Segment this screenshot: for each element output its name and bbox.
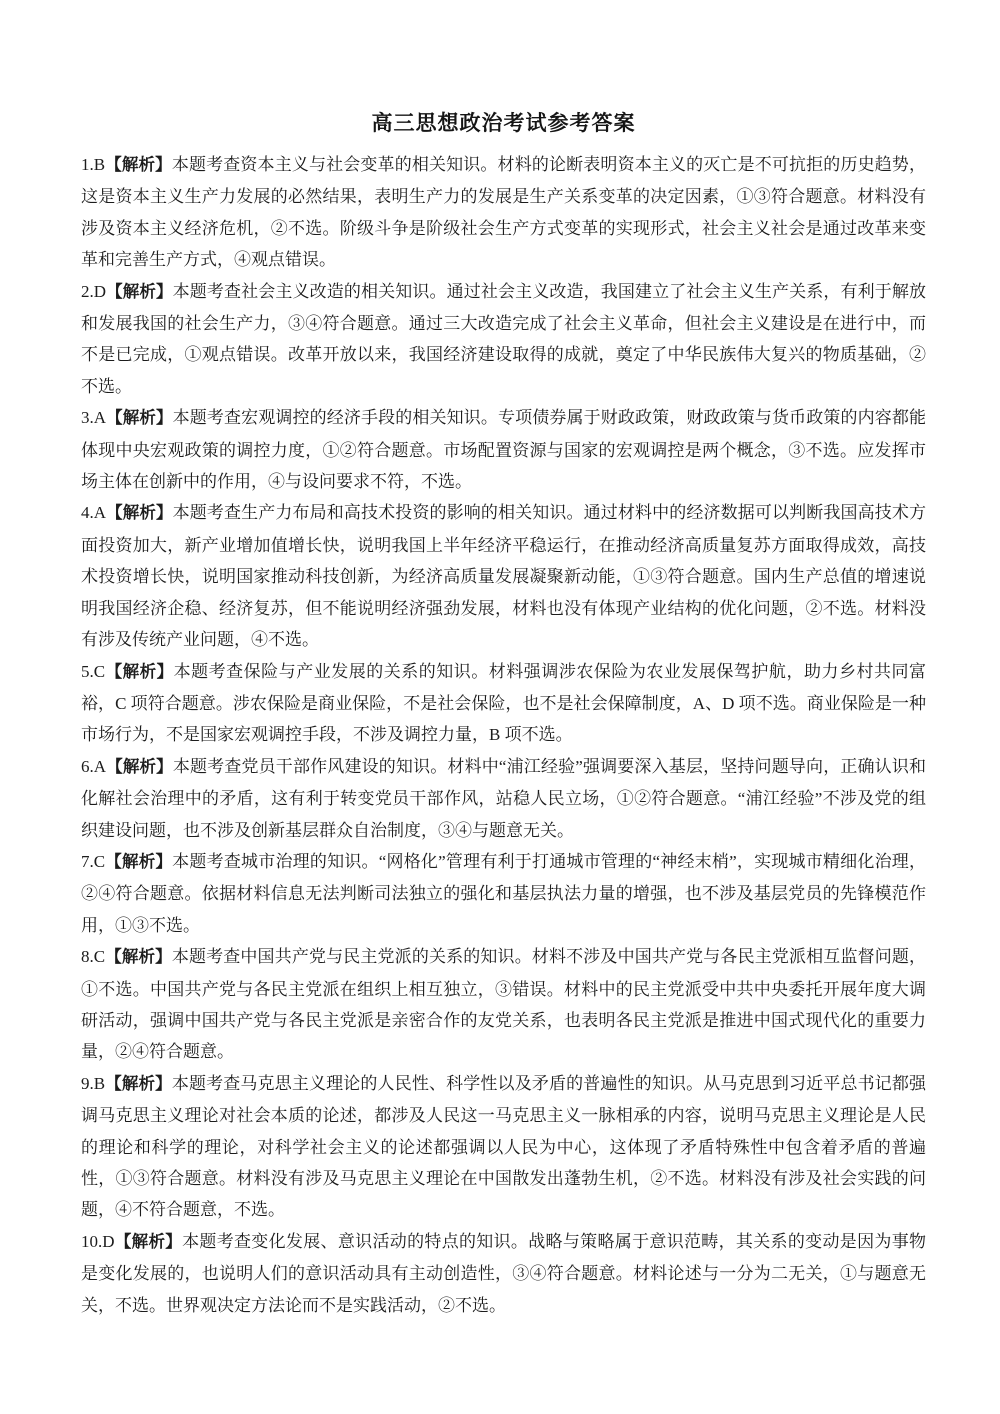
answer-paragraph-9: 9.B【解析】本题考查马克思主义理论的人民性、科学性以及矛盾的普遍性的知识。从马… xyxy=(81,1068,926,1226)
answer-number: 6.A xyxy=(81,757,106,776)
analysis-marker: 【解析】 xyxy=(115,1233,183,1251)
answer-paragraph-10: 10.D【解析】本题考查变化发展、意识活动的特点的知识。战略与策略属于意识范畴，… xyxy=(81,1226,926,1321)
answer-text: 本题考查变化发展、意识活动的特点的知识。战略与策略属于意识范畴，其关系的变动是因… xyxy=(81,1232,926,1315)
answer-number: 7.C xyxy=(81,852,105,871)
answer-paragraph-3: 3.A【解析】本题考查宏观调控的经济手段的相关知识。专项债券属于财政政策，财政政… xyxy=(81,402,926,497)
answer-number: 1.B xyxy=(81,155,105,174)
answer-paragraph-5: 5.C【解析】本题考查保险与产业发展的关系的知识。材料强调涉农保险为农业发展保驾… xyxy=(81,656,926,751)
answer-text: 本题考查保险与产业发展的关系的知识。材料强调涉农保险为农业发展保驾护航，助力乡村… xyxy=(81,662,926,745)
analysis-marker: 【解析】 xyxy=(105,1075,172,1093)
answer-list: 1.B【解析】本题考查资本主义与社会变革的相关知识。材料的论断表明资本主义的灭亡… xyxy=(81,149,926,1321)
answer-number: 2.D xyxy=(81,282,106,301)
answer-paragraph-6: 6.A【解析】本题考查党员干部作风建设的知识。材料中“浦江经验”强调要深入基层，… xyxy=(81,751,926,846)
document-body: 高三思想政治考试参考答案 1.B【解析】本题考查资本主义与社会变革的相关知识。材… xyxy=(81,110,926,1321)
analysis-marker: 【解析】 xyxy=(106,758,173,776)
answer-paragraph-8: 8.C【解析】本题考查中国共产党与民主党派的关系的知识。材料不涉及中国共产党与各… xyxy=(81,941,926,1068)
answer-number: 4.A xyxy=(81,503,106,522)
answer-text: 本题考查马克思主义理论的人民性、科学性以及矛盾的普遍性的知识。从马克思到习近平总… xyxy=(81,1074,926,1220)
analysis-marker: 【解析】 xyxy=(105,156,172,174)
analysis-marker: 【解析】 xyxy=(105,948,172,966)
analysis-marker: 【解析】 xyxy=(105,663,174,681)
answer-paragraph-7: 7.C【解析】本题考查城市治理的知识。“网格化”管理有利于打通城市管理的“神经末… xyxy=(81,846,926,941)
analysis-marker: 【解析】 xyxy=(106,504,173,522)
answer-number: 5.C xyxy=(81,662,105,681)
answer-text: 本题考查社会主义改造的相关知识。通过社会主义改造，我国建立了社会主义生产关系，有… xyxy=(81,282,926,396)
document-page: 高三思想政治考试参考答案 1.B【解析】本题考查资本主义与社会变革的相关知识。材… xyxy=(0,0,1000,1414)
analysis-marker: 【解析】 xyxy=(106,283,173,301)
answer-number: 8.C xyxy=(81,947,105,966)
answer-text: 本题考查资本主义与社会变革的相关知识。材料的论断表明资本主义的灭亡是不可抗拒的历… xyxy=(81,155,926,269)
answer-paragraph-2: 2.D【解析】本题考查社会主义改造的相关知识。通过社会主义改造，我国建立了社会主… xyxy=(81,276,926,403)
analysis-marker: 【解析】 xyxy=(105,853,172,871)
analysis-marker: 【解析】 xyxy=(106,409,173,427)
answer-number: 3.A xyxy=(81,408,106,427)
answer-text: 本题考查中国共产党与民主党派的关系的知识。材料不涉及中国共产党与各民主党派相互监… xyxy=(81,947,926,1061)
answer-text: 本题考查生产力布局和高技术投资的影响的相关知识。通过材料中的经济数据可以判断我国… xyxy=(81,503,926,649)
answer-paragraph-4: 4.A【解析】本题考查生产力布局和高技术投资的影响的相关知识。通过材料中的经济数… xyxy=(81,497,926,655)
answer-text: 本题考查城市治理的知识。“网格化”管理有利于打通城市管理的“神经末梢”，实现城市… xyxy=(81,852,926,935)
page-title: 高三思想政治考试参考答案 xyxy=(81,110,926,136)
answer-number: 9.B xyxy=(81,1074,105,1093)
answer-number: 10.D xyxy=(81,1232,115,1251)
answer-text: 本题考查党员干部作风建设的知识。材料中“浦江经验”强调要深入基层，坚持问题导向，… xyxy=(81,757,926,840)
answer-paragraph-1: 1.B【解析】本题考查资本主义与社会变革的相关知识。材料的论断表明资本主义的灭亡… xyxy=(81,149,926,276)
answer-text: 本题考查宏观调控的经济手段的相关知识。专项债券属于财政政策，财政政策与货币政策的… xyxy=(81,408,926,491)
